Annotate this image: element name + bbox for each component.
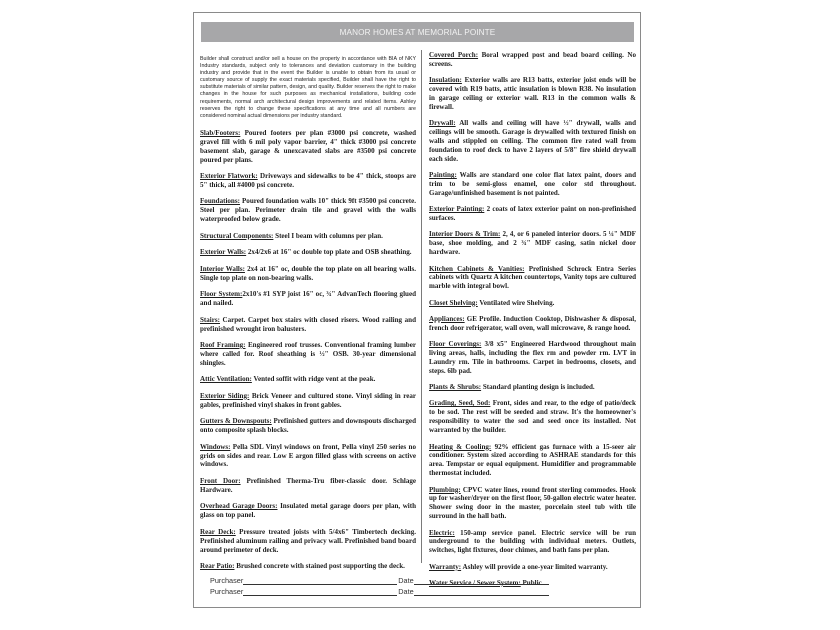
spec-label: Floor System: [200, 290, 242, 298]
spec-item: Closet Shelving: Ventilated wire Shelvin… [429, 299, 636, 308]
spec-item: Gutters & Downspouts: Prefinished gutter… [200, 417, 416, 435]
spec-label: Plants & Shrubs: [429, 383, 481, 391]
spec-text: Ventilated wire Shelving. [478, 299, 555, 307]
spec-text: Ashley will provide a one-year limited w… [461, 563, 608, 571]
spec-item: Exterior Flatwork: Driveways and sidewal… [200, 172, 416, 190]
spec-item: Front Door: Prefinished Therma-Tru fiber… [200, 477, 416, 495]
spec-item: Kitchen Cabinets & Vanities: Prefinished… [429, 265, 636, 292]
spec-label: Interior Walls: [200, 265, 245, 273]
spec-label: Interior Doors & Trim: [429, 230, 500, 238]
spec-label: Windows: [200, 443, 230, 451]
right-spec-list: Covered Porch: Boral wrapped post and be… [429, 51, 636, 588]
spec-text: Walls are standard one color flat latex … [429, 171, 636, 197]
spec-sheet-frame: MANOR HOMES AT MEMORIAL POINTE Builder s… [193, 12, 641, 608]
spec-label: Rear Deck: [200, 528, 236, 536]
document-title: MANOR HOMES AT MEMORIAL POINTE [340, 28, 496, 37]
spec-text: Standard planting design is included. [481, 383, 595, 391]
spec-text: Steel I beam with columns per plan. [273, 232, 383, 240]
spec-label: Stairs: [200, 316, 220, 324]
spec-item: Painting: Walls are standard one color f… [429, 171, 636, 198]
spec-item: Covered Porch: Boral wrapped post and be… [429, 51, 636, 69]
spec-item: Stairs: Carpet. Carpet box stairs with c… [200, 316, 416, 334]
spec-item: Slab/Footers: Poured footers per plan #3… [200, 129, 416, 165]
spec-text: 150-amp service panel. Electric service … [429, 529, 636, 555]
spec-item: Warranty: Ashley will provide a one-year… [429, 563, 636, 572]
spec-item: Grading, Seed, Sod: Front, sides and rea… [429, 399, 636, 435]
spec-text: Carpet. Carpet box stairs with closed ri… [200, 316, 416, 333]
spec-item: Heating & Cooling: 92% efficient gas fur… [429, 443, 636, 479]
purchaser-label: Purchaser [210, 576, 243, 585]
spec-item: Plants & Shrubs: Standard planting desig… [429, 383, 636, 392]
date-label: Date [398, 576, 413, 585]
spec-label: Warranty: [429, 563, 461, 571]
spec-label: Attic Ventilation: [200, 375, 252, 383]
spec-item: Floor Coverings: 3/8 x5" Engineered Hard… [429, 340, 636, 376]
intro-paragraph: Builder shall construct and/or sell a ho… [200, 56, 416, 120]
spec-item: Overhead Garage Doors: Insulated metal g… [200, 502, 416, 520]
spec-item: Floor System:2x10's #1 SYP joist 16" oc,… [200, 290, 416, 308]
spec-label: Plumbing: [429, 486, 461, 494]
spec-label: Overhead Garage Doors: [200, 502, 278, 510]
spec-label: Kitchen Cabinets & Vanities: [429, 265, 524, 273]
spec-label: Exterior Walls: [200, 248, 246, 256]
spec-label: Rear Patio: [200, 562, 235, 570]
spec-label: Electric: [429, 529, 455, 537]
date-line[interactable] [414, 587, 549, 596]
spec-item: Windows: Pella SDL Vinyl windows on fron… [200, 443, 416, 470]
spec-label: Floor Coverings: [429, 340, 481, 348]
purchaser-signature-line[interactable] [243, 576, 397, 585]
spec-label: Roof Framing: [200, 341, 246, 349]
date-line[interactable] [414, 576, 549, 585]
purchaser-label: Purchaser [210, 587, 243, 596]
left-spec-list: Slab/Footers: Poured footers per plan #3… [200, 129, 416, 571]
spec-label: Painting: [429, 171, 457, 179]
spec-item: Exterior Siding: Brick Veneer and cultur… [200, 392, 416, 410]
spec-text: Brushed concrete with stained post suppo… [235, 562, 405, 570]
right-column: Covered Porch: Boral wrapped post and be… [429, 51, 636, 595]
signature-row-2: Purchaser Date [210, 585, 630, 596]
spec-label: Grading, Seed, Sod: [429, 399, 490, 407]
spec-label: Front Door: [200, 477, 241, 485]
spec-item: Insulation: Exterior walls are R13 batts… [429, 76, 636, 112]
column-divider [421, 50, 422, 563]
spec-item: Exterior Walls: 2x4/2x6 at 16" oc double… [200, 248, 416, 257]
date-label: Date [398, 587, 413, 596]
spec-label: Heating & Cooling: [429, 443, 491, 451]
spec-text: Vented soffit with ridge vent at the pea… [252, 375, 376, 383]
spec-text: 2x4/2x6 at 16" oc double top plate and O… [246, 248, 411, 256]
spec-label: Foundations: [200, 197, 240, 205]
signature-block: Purchaser Date Purchaser Date [210, 574, 630, 596]
spec-item: Rear Deck: Pressure treated joists with … [200, 528, 416, 555]
spec-text: CPVC water lines, round front sterling c… [429, 486, 636, 521]
signature-row-1: Purchaser Date [210, 574, 630, 585]
spec-label: Exterior Painting: [429, 205, 484, 213]
spec-label: Slab/Footers: [200, 129, 240, 137]
spec-text: Pella SDL Vinyl windows on front, Pella … [200, 443, 416, 469]
spec-item: Interior Walls: 2x4 at 16" oc, double th… [200, 265, 416, 283]
spec-item: Roof Framing: Engineered roof trusses. C… [200, 341, 416, 368]
spec-label: Exterior Siding: [200, 392, 249, 400]
left-column: Builder shall construct and/or sell a ho… [200, 56, 416, 579]
spec-item: Exterior Painting: 2 coats of latex exte… [429, 205, 636, 223]
spec-item: Foundations: Poured foundation walls 10"… [200, 197, 416, 224]
spec-item: Electric: 150-amp service panel. Electri… [429, 529, 636, 556]
spec-item: Plumbing: CPVC water lines, round front … [429, 486, 636, 522]
spec-label: Structural Components: [200, 232, 273, 240]
spec-label: Insulation: [429, 76, 462, 84]
spec-label: Appliances: [429, 315, 465, 323]
header-bar: MANOR HOMES AT MEMORIAL POINTE [201, 22, 634, 42]
spec-label: Closet Shelving: [429, 299, 478, 307]
spec-label: Gutters & Downspouts: [200, 417, 272, 425]
spec-item: Rear Patio: Brushed concrete with staine… [200, 562, 416, 571]
spec-text: All walls and ceiling will have ½" drywa… [429, 119, 636, 163]
spec-item: Structural Components: Steel I beam with… [200, 232, 416, 241]
purchaser-signature-line[interactable] [243, 587, 397, 596]
spec-item: Interior Doors & Trim: 2, 4, or 6 panele… [429, 230, 636, 257]
spec-label: Drywall: [429, 119, 456, 127]
spec-item: Appliances: GE Profile. Induction Cookto… [429, 315, 636, 333]
spec-label: Covered Porch: [429, 51, 478, 59]
spec-item: Attic Ventilation: Vented soffit with ri… [200, 375, 416, 384]
spec-label: Exterior Flatwork: [200, 172, 258, 180]
spec-item: Drywall: All walls and ceiling will have… [429, 119, 636, 164]
